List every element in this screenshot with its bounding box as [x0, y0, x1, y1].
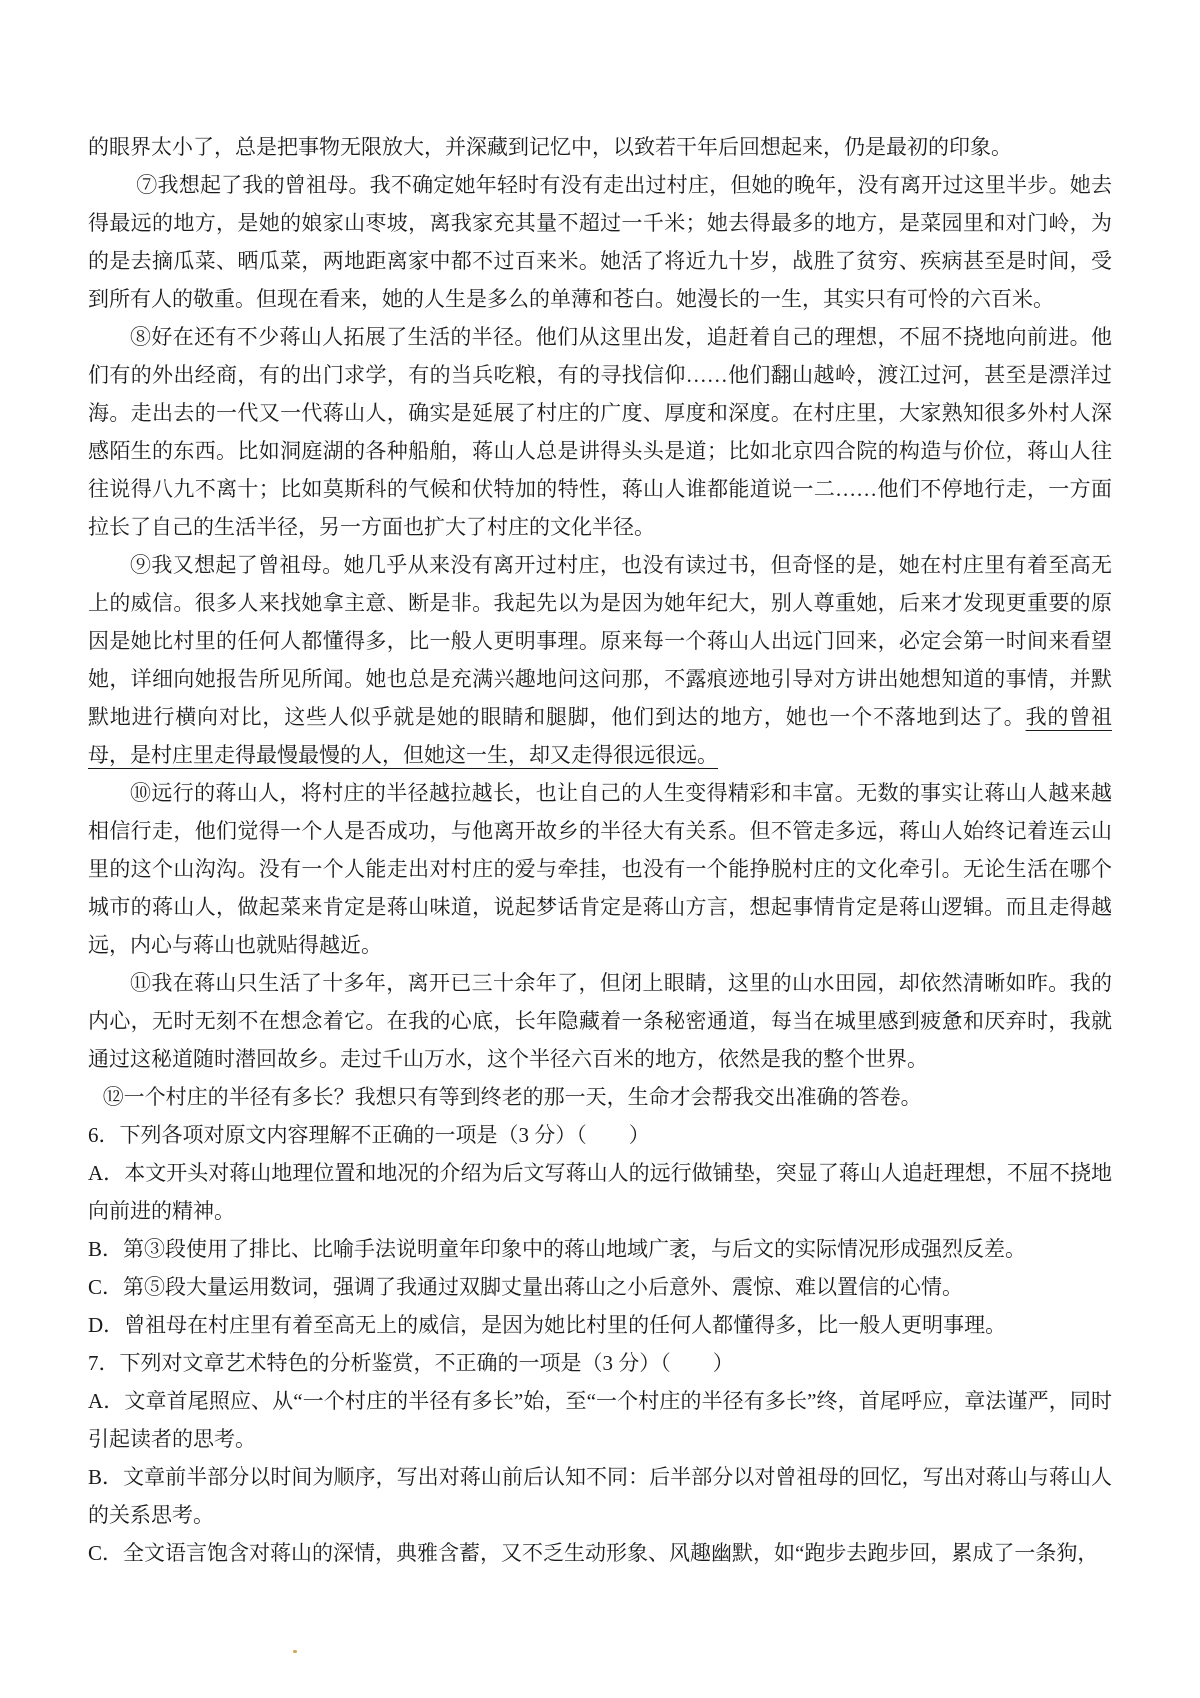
question-7-option-c: C．全文语言饱含对蒋山的深情，典雅含蓄，又不乏生动形象、风趣幽默，如“跑步去跑步…: [88, 1534, 1112, 1572]
passage-text: ⑧好在还有不少蒋山人拓展了生活的半径。他们从这里出发，追赶着自己的理想，不屈不挠…: [88, 325, 1112, 539]
option-text: 全文语言饱含对蒋山的深情，典雅含蓄，又不乏生动形象、风趣幽默，如“跑步去跑步回，…: [123, 1541, 1098, 1565]
option-text: 文章首尾照应、从“一个村庄的半径有多长”始，至“一个村庄的半径有多长”终，首尾呼…: [88, 1389, 1112, 1451]
passage-text: ⑪我在蒋山只生活了十多年，离开已三十余年了，但闭上眼睛，这里的山水田园，却依然清…: [88, 971, 1112, 1071]
question-number: 6．: [88, 1123, 120, 1147]
question-6-stem: 6．下列各项对原文内容理解不正确的一项是（3 分）（ ）: [88, 1116, 1112, 1154]
passage-text: ⑫一个村庄的半径有多长？我想只有等到终老的那一天，生命才会帮我交出准确的答卷。: [103, 1085, 922, 1109]
question-7-stem: 7．下列对文章艺术特色的分析鉴赏，不正确的一项是（3 分）（ ）: [88, 1344, 1112, 1382]
exam-paper-page: 的眼界太小了，总是把事物无限放大，并深藏到记忆中，以致若干年后回想起来，仍是最初…: [0, 0, 1200, 1698]
passage-paragraph-2: ⑧好在还有不少蒋山人拓展了生活的半径。他们从这里出发，追赶着自己的理想，不屈不挠…: [88, 318, 1112, 546]
option-text: 第③段使用了排比、比喻手法说明童年印象中的蒋山地域广袤，与后文的实际情况形成强烈…: [123, 1237, 1026, 1261]
option-text: 曾祖母在村庄里有着至高无上的威信，是因为她比村里的任何人都懂得多，比一般人更明事…: [124, 1313, 1006, 1337]
passage-paragraph-6: ⑫一个村庄的半径有多长？我想只有等到终老的那一天，生命才会帮我交出准确的答卷。: [88, 1078, 1112, 1116]
passage-paragraph-0: 的眼界太小了，总是把事物无限放大，并深藏到记忆中，以致若干年后回想起来，仍是最初…: [88, 128, 1112, 166]
passage-text: ⑨我又想起了曾祖母。她几乎从来没有离开过村庄，也没有读过书，但奇怪的是，她在村庄…: [88, 553, 1112, 729]
question-6-option-c: C．第⑤段大量运用数词，强调了我通过双脚丈量出蒋山之小后意外、震惊、难以置信的心…: [88, 1268, 1112, 1306]
option-label: A．: [88, 1389, 124, 1413]
page-content: 的眼界太小了，总是把事物无限放大，并深藏到记忆中，以致若干年后回想起来，仍是最初…: [88, 128, 1112, 1572]
passage-paragraph-5: ⑪我在蒋山只生活了十多年，离开已三十余年了，但闭上眼睛，这里的山水田园，却依然清…: [88, 964, 1112, 1078]
question-6-option-a: A．本文开头对蒋山地理位置和地况的介绍为后文写蒋山人的远行做铺垫，突显了蒋山人追…: [88, 1154, 1112, 1230]
passage-text: ⑩远行的蒋山人，将村庄的半径越拉越长，也让自己的人生变得精彩和丰富。无数的事实让…: [88, 781, 1112, 957]
option-label: B．: [88, 1237, 123, 1261]
option-text: 文章前半部分以时间为顺序，写出对蒋山前后认知不同：后半部分以对曾祖母的回忆，写出…: [88, 1465, 1112, 1527]
question-stem-text: 下列各项对原文内容理解不正确的一项是（3 分）（ ）: [120, 1123, 650, 1147]
option-label: C．: [88, 1275, 123, 1299]
question-6-option-b: B．第③段使用了排比、比喻手法说明童年印象中的蒋山地域广袤，与后文的实际情况形成…: [88, 1230, 1112, 1268]
passage-paragraph-1: ⑦我想起了我的曾祖母。我不确定她年轻时有没有走出过村庄，但她的晚年，没有离开过这…: [88, 166, 1112, 318]
reading-passage: 的眼界太小了，总是把事物无限放大，并深藏到记忆中，以致若干年后回想起来，仍是最初…: [88, 128, 1112, 1116]
question-number: 7．: [88, 1351, 120, 1375]
passage-text: 的眼界太小了，总是把事物无限放大，并深藏到记忆中，以致若干年后回想起来，仍是最初…: [88, 135, 1012, 159]
option-label: D．: [88, 1313, 124, 1337]
option-label: C．: [88, 1541, 123, 1565]
question-6-option-d: D．曾祖母在村庄里有着至高无上的威信，是因为她比村里的任何人都懂得多，比一般人更…: [88, 1306, 1112, 1344]
option-text: 本文开头对蒋山地理位置和地况的介绍为后文写蒋山人的远行做铺垫，突显了蒋山人追赶理…: [88, 1161, 1112, 1223]
question-7-option-b: B．文章前半部分以时间为顺序，写出对蒋山前后认知不同：后半部分以对曾祖母的回忆，…: [88, 1458, 1112, 1534]
option-label: B．: [88, 1465, 123, 1489]
option-label: A．: [88, 1161, 124, 1185]
passage-paragraph-3: ⑨我又想起了曾祖母。她几乎从来没有离开过村庄，也没有读过书，但奇怪的是，她在村庄…: [88, 546, 1112, 774]
passage-text: ⑦我想起了我的曾祖母。我不确定她年轻时有没有走出过村庄，但她的晚年，没有离开过这…: [88, 173, 1112, 311]
question-section: 6．下列各项对原文内容理解不正确的一项是（3 分）（ ）A．本文开头对蒋山地理位…: [88, 1116, 1112, 1572]
scan-artifact-dot: [293, 1650, 297, 1653]
question-stem-text: 下列对文章艺术特色的分析鉴赏，不正确的一项是（3 分）（ ）: [120, 1351, 734, 1375]
option-text: 第⑤段大量运用数词，强调了我通过双脚丈量出蒋山之小后意外、震惊、难以置信的心情。: [123, 1275, 963, 1299]
question-7-option-a: A．文章首尾照应、从“一个村庄的半径有多长”始，至“一个村庄的半径有多长”终，首…: [88, 1382, 1112, 1458]
passage-paragraph-4: ⑩远行的蒋山人，将村庄的半径越拉越长，也让自己的人生变得精彩和丰富。无数的事实让…: [88, 774, 1112, 964]
